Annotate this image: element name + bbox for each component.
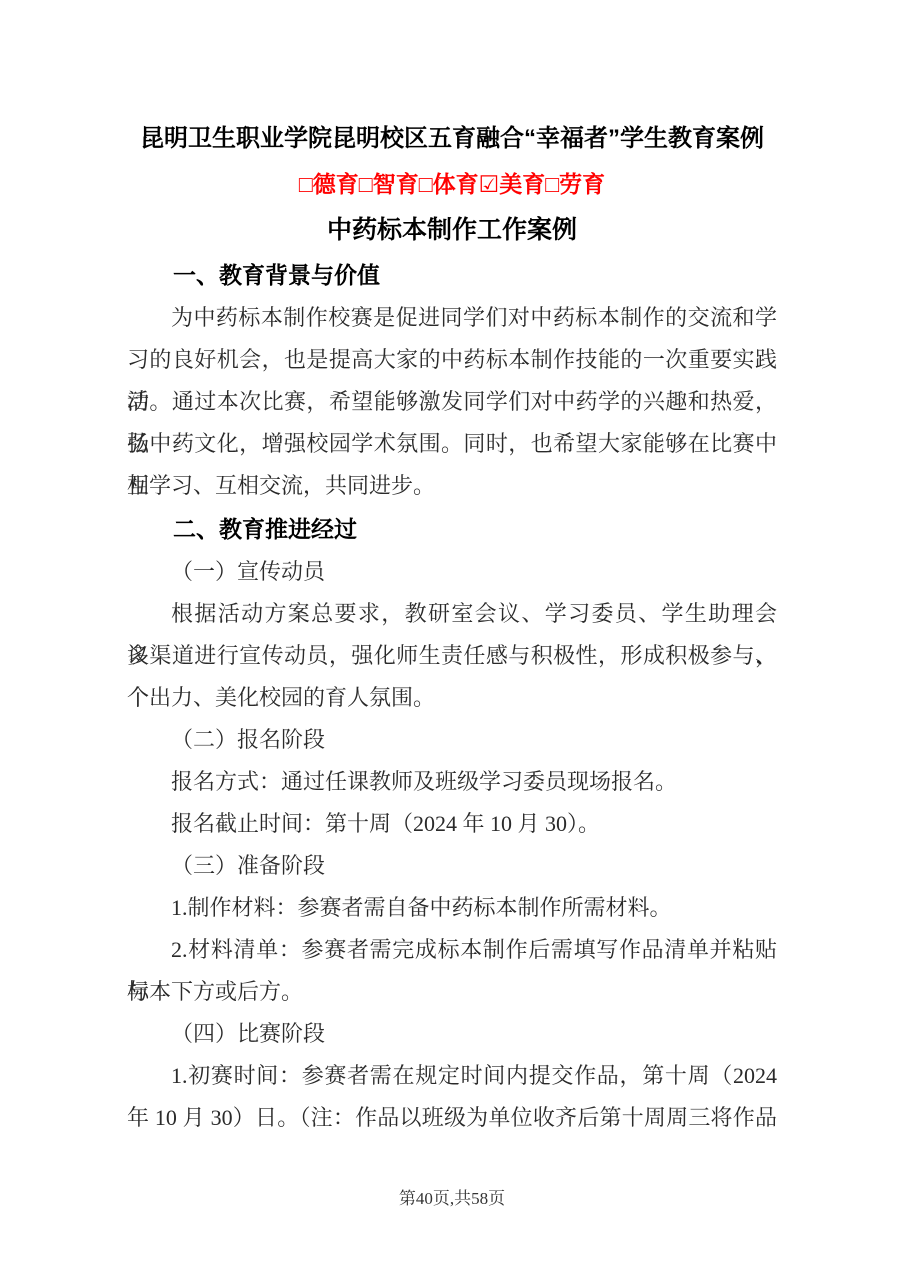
doc-line: （一）宣传动员 bbox=[127, 551, 777, 593]
doc-line: 1.制作材料：参赛者需自备中药标本制作所需材料。 bbox=[127, 887, 777, 929]
document-body: 昆明卫生职业学院昆明校区五育融合“幸福者”学生教育案例□德育□智育□体育☑美育□… bbox=[0, 0, 904, 1139]
doc-line: 相学习、互相交流，共同进步。 bbox=[127, 465, 777, 507]
doc-line: 动。通过本次比赛，希望能够激发同学们对中药学的兴趣和热爱，弘 bbox=[127, 381, 777, 423]
page-number-text: 第40页,共58页 bbox=[399, 1189, 505, 1208]
doc-line: 多渠道进行宣传动员，强化师生责任感与积极性，形成积极参与、个 bbox=[127, 635, 777, 677]
doc-line: 扬中药文化，增强校园学术氛围。同时，也希望大家能够在比赛中互 bbox=[127, 423, 777, 465]
doc-line: 根据活动方案总要求，教研室会议、学习委员、学生助理会议， bbox=[127, 593, 777, 635]
doc-line: 习的良好机会，也是提高大家的中药标本制作技能的一次重要实践活 bbox=[127, 339, 777, 381]
section-heading-1: 一、教育背景与价值 bbox=[127, 253, 777, 297]
section-heading-2: 二、教育推进经过 bbox=[127, 507, 777, 551]
doc-line: 年 10 月 30）日。（注：作品以班级为单位收齐后第十周周三将作品 bbox=[127, 1097, 777, 1139]
doc-line: 报名方式：通过任课教师及班级学习委员现场报名。 bbox=[127, 761, 777, 803]
doc-title: 昆明卫生职业学院昆明校区五育融合“幸福者”学生教育案例 bbox=[127, 116, 777, 162]
doc-subtitle: 中药标本制作工作案例 bbox=[127, 207, 777, 253]
doc-line: （四）比赛阶段 bbox=[127, 1013, 777, 1055]
doc-line: （三）准备阶段 bbox=[127, 845, 777, 887]
doc-line: 报名截止时间：第十周（2024 年 10 月 30）。 bbox=[127, 803, 777, 845]
doc-line: 2.材料清单：参赛者需完成标本制作后需填写作品清单并粘贴与 bbox=[127, 929, 777, 971]
doc-line: （二）报名阶段 bbox=[127, 719, 777, 761]
category-checkboxes: □德育□智育□体育☑美育□劳育 bbox=[127, 162, 777, 207]
doc-line: 标本下方或后方。 bbox=[127, 971, 777, 1013]
page-footer: 第40页,共58页 bbox=[0, 1186, 904, 1212]
doc-line: 1.初赛时间：参赛者需在规定时间内提交作品，第十周（2024 bbox=[127, 1055, 777, 1097]
doc-line: 个出力、美化校园的育人氛围。 bbox=[127, 677, 777, 719]
doc-line: 为中药标本制作校赛是促进同学们对中药标本制作的交流和学 bbox=[127, 297, 777, 339]
document-page: 昆明卫生职业学院昆明校区五育融合“幸福者”学生教育案例□德育□智育□体育☑美育□… bbox=[0, 0, 904, 1280]
